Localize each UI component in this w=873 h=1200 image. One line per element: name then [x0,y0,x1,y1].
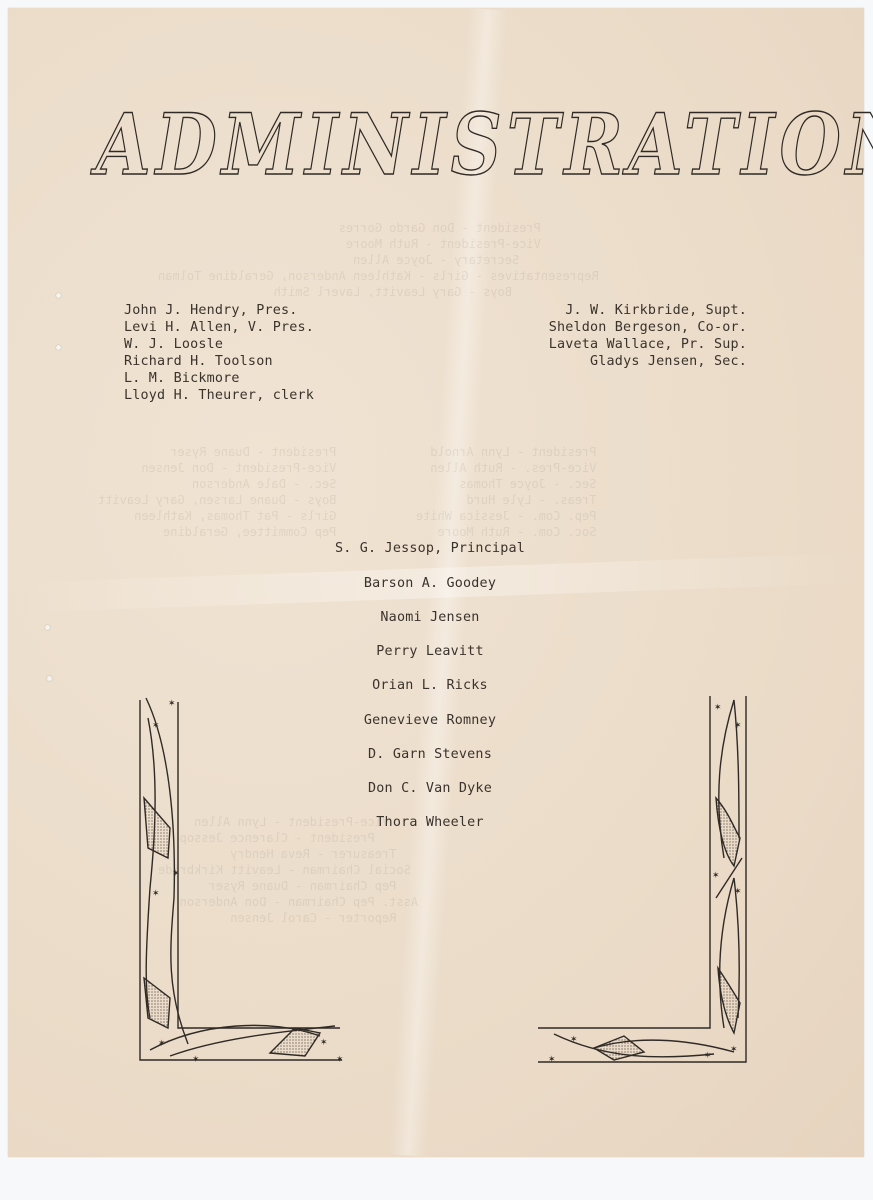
svg-text:✶: ✶ [714,703,722,713]
board-member: Levi H. Allen, V. Pres. [124,319,314,336]
svg-text:✶: ✶ [172,869,180,879]
svg-text:✶: ✶ [570,1035,578,1045]
board-member: W. J. Loosle [124,336,314,353]
faculty-member: Barson A. Goodey [280,575,580,592]
board-right-column: J. W. Kirkbride, Supt. Sheldon Bergeson,… [491,302,747,370]
svg-text:✶: ✶ [192,1055,200,1065]
svg-text:✶: ✶ [152,721,160,731]
board-member: John J. Hendry, Pres. [124,302,314,319]
svg-text:✶: ✶ [168,699,176,709]
svg-text:✶: ✶ [734,887,742,897]
svg-text:✶: ✶ [158,1039,166,1049]
board-member: Richard H. Toolson [124,353,314,370]
svg-text:✶: ✶ [704,1051,712,1061]
svg-text:✶: ✶ [712,871,720,881]
faculty-member: Perry Leavitt [280,643,580,660]
punch-hole [47,676,52,681]
punch-hole [56,293,61,298]
svg-text:✶: ✶ [730,1045,738,1055]
decorative-corner-left-icon: ✶ ✶ ✶ ✶ ✶ ✶ ✶ ✶ [130,688,350,1068]
bleed-through-text: President - Don Gardo Gorres Vice-Presid… [158,204,599,316]
staff-member: Laveta Wallace, Pr. Sup. [491,336,747,353]
svg-text:✶: ✶ [336,1055,344,1065]
board-member: L. M. Bickmore [124,370,314,387]
staff-member: J. W. Kirkbride, Supt. [491,302,747,319]
bleed-through-text: President - Lynn Arnold President - Duan… [98,428,597,556]
staff-member: Gladys Jensen, Sec. [491,353,747,370]
board-member: Lloyd H. Theurer, clerk [124,387,314,404]
svg-text:✶: ✶ [152,889,160,899]
svg-text:✶: ✶ [320,1038,328,1048]
board-left-column: John J. Hendry, Pres. Levi H. Allen, V. … [124,302,314,404]
svg-text:✶: ✶ [734,721,742,731]
faculty-member: S. G. Jessop, Principal [280,540,580,557]
punch-hole [45,625,50,630]
decorative-corner-right-icon: ✶ ✶ ✶ ✶ ✶ ✶ ✶ ✶ [534,688,756,1068]
faculty-member: Naomi Jensen [280,609,580,626]
svg-text:✶: ✶ [548,1055,556,1065]
punch-hole [56,345,61,350]
staff-member: Sheldon Bergeson, Co-or. [491,319,747,336]
page-title: ADMINISTRATION [96,100,701,190]
